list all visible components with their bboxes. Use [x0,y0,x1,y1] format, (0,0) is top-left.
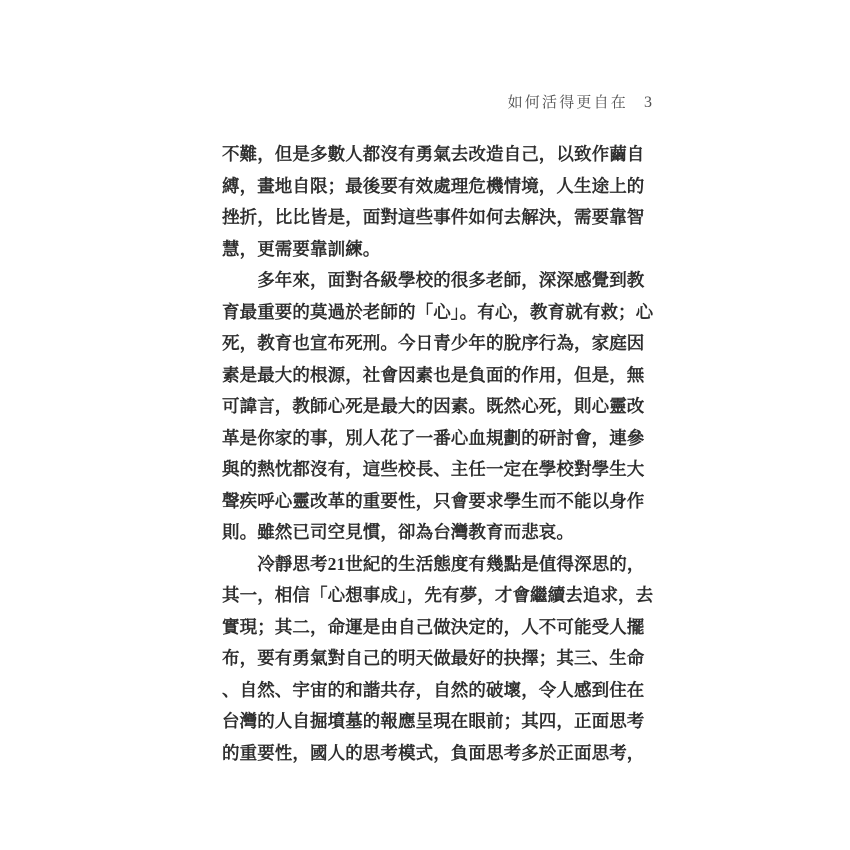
text-line: 聲疾呼心靈改革的重要性，只會要求學生而不能以身作 [222,486,652,518]
text-line: 多年來，面對各級學校的很多老師，深深感覺到教 [222,265,652,297]
text-line: 則。雖然已司空見慣，卻為台灣教育而悲哀。 [222,517,652,549]
text-line: 冷靜思考21世紀的生活態度有幾點是值得深思的， [222,549,652,581]
text-line: 的重要性，國人的思考模式，負面思考多於正面思考， [222,738,652,770]
text-line: 革是你家的事，別人花了一番心血規劃的研討會，連參 [222,423,652,455]
book-page: 如何活得更自在 3 不難，但是多數人都沒有勇氣去改造自己，以致作繭自 縛，畫地自… [0,0,850,850]
text-line: 慧，更需要靠訓練。 [222,234,652,266]
text-line: 台灣的人自掘墳墓的報應呈現在眼前；其四，正面思考 [222,706,652,738]
text-line: 布，要有勇氣對自己的明天做最好的抉擇；其三、生命 [222,643,652,675]
body-text-block: 不難，但是多數人都沒有勇氣去改造自己，以致作繭自 縛，畫地自限；最後要有效處理危… [222,139,652,769]
page-header: 如何活得更自在 3 [222,91,652,112]
text-line: 死，教育也宣布死刑。今日青少年的脫序行為，家庭因 [222,328,652,360]
text-line: 育最重要的莫過於老師的「心」。有心，教育就有救；心 [222,297,652,329]
text-line: 縛，畫地自限；最後要有效處理危機情境，人生途上的 [222,171,652,203]
text-line: 實現；其二，命運是由自己做決定的，人不可能受人擺 [222,612,652,644]
text-line: 與的熱忱都沒有，這些校長、主任一定在學校對學生大 [222,454,652,486]
running-title: 如何活得更自在 [508,91,628,112]
text-line: 素是最大的根源，社會因素也是負面的作用，但是，無 [222,360,652,392]
page-number: 3 [644,94,652,112]
text-line: 其一，相信「心想事成」，先有夢，才會繼續去追求，去 [222,580,652,612]
text-line: 可諱言，教師心死是最大的因素。既然心死，則心靈改 [222,391,652,423]
text-line: 不難，但是多數人都沒有勇氣去改造自己，以致作繭自 [222,139,652,171]
text-line: 挫折，比比皆是，面對這些事件如何去解決，需要靠智 [222,202,652,234]
text-line: 、自然、宇宙的和諧共存，自然的破壞，令人感到住在 [222,675,652,707]
